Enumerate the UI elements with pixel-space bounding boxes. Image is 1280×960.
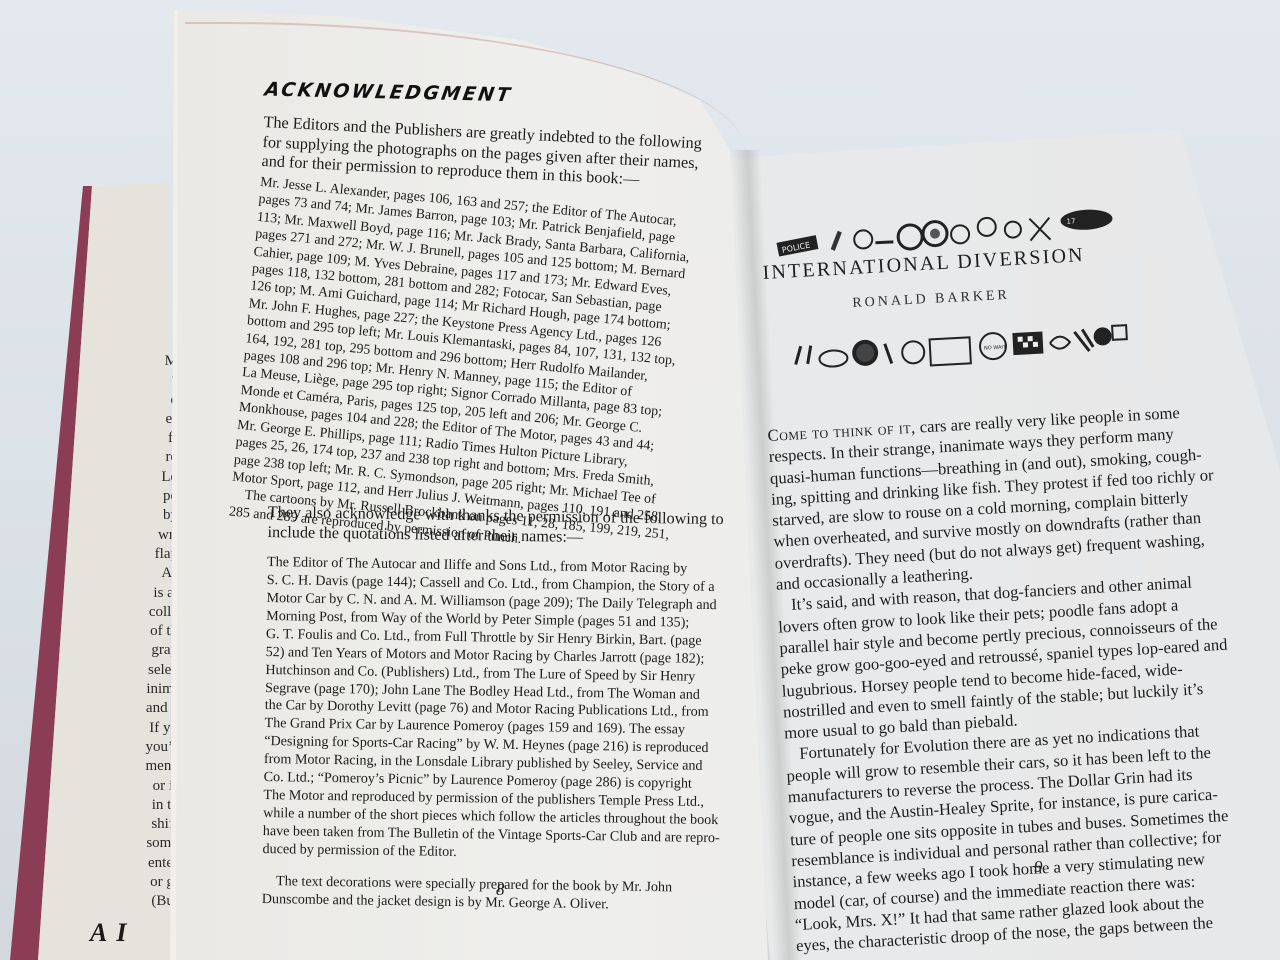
flap-line: Lo xyxy=(118,468,178,487)
flap-line: some xyxy=(118,834,178,853)
quotations-section: They also acknowledge with thanks the pe… xyxy=(262,503,738,916)
flap-line: colle xyxy=(118,603,178,622)
flap-line: in ta xyxy=(118,796,178,815)
flap-line: po xyxy=(118,487,178,506)
flap-line: (But xyxy=(118,892,178,911)
page-number-left: 8 xyxy=(496,880,505,900)
flap-line: es xyxy=(118,410,178,429)
flap-line: selec xyxy=(118,661,178,680)
also-paragraph: They also acknowledge with thanks the pe… xyxy=(267,503,738,550)
acknowledgment-heading: ACKNOWLEDGMENT xyxy=(263,79,745,112)
flap-line: wri xyxy=(118,526,178,545)
flap-line: and c xyxy=(118,699,178,718)
flap-line: o xyxy=(118,391,178,410)
acknowledgment-section: ACKNOWLEDGMENT The Editors and the Publi… xyxy=(264,84,744,522)
svg-text:17: 17 xyxy=(1066,217,1075,225)
flap-line: As xyxy=(118,564,178,583)
flap-line: by xyxy=(118,506,178,525)
flap-line: If yo xyxy=(118,719,178,738)
flap-line: of th xyxy=(118,622,178,641)
jacket-flap-text: M “ o es fr ro Lo po by wri flap As is a… xyxy=(118,352,178,912)
intro-paragraph: The Editors and the Publishers are great… xyxy=(244,113,733,544)
chapter-body: Come to think of it, cars are really ver… xyxy=(767,397,1280,957)
flap-line: enter xyxy=(118,854,178,873)
flap-line: grap xyxy=(118,641,178,660)
jacket-title-fragment: A I xyxy=(90,918,129,948)
flap-line: fr xyxy=(118,429,178,448)
flap-line: is al xyxy=(118,584,178,603)
svg-text:NO WAIT: NO WAIT xyxy=(984,344,1007,351)
flap-line: you’r xyxy=(118,738,178,757)
quotation-credits: The Editor of The Autocar and Iliffe and… xyxy=(262,554,737,866)
flap-line: flap xyxy=(118,545,178,564)
flap-line: M xyxy=(118,352,178,371)
flap-line: “ xyxy=(118,371,178,390)
flap-line: ro xyxy=(118,448,178,467)
flap-line: or if xyxy=(118,777,178,796)
page-number-right: 9 xyxy=(1034,857,1043,877)
flap-line: shift xyxy=(118,815,178,834)
flap-line: or gi xyxy=(118,873,178,892)
flap-line: menc xyxy=(118,757,178,776)
book-photo: M “ o es fr ro Lo po by wri flap As is a… xyxy=(0,0,1280,960)
flap-line: inimi xyxy=(118,680,178,699)
